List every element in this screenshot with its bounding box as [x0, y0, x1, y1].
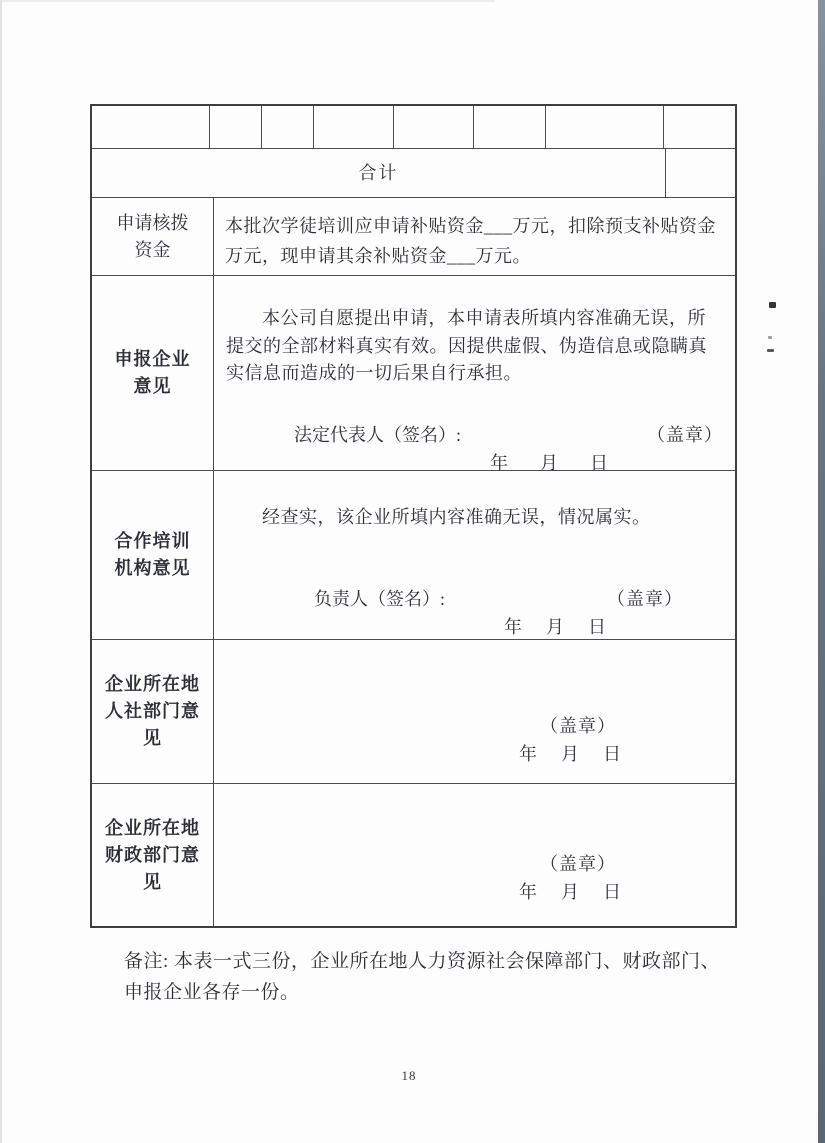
scan-artifact-dot	[768, 336, 772, 339]
hr-dept-opinion-label: 企业所在地 人社部门意 见	[92, 640, 214, 783]
empty-cell	[314, 106, 394, 148]
date-placeholder: 年 月 日	[519, 878, 735, 906]
form-footnote: 备注: 本表一式三份，企业所在地人力资源社会保障部门、财政部门、 申报企业各存一…	[124, 946, 764, 1008]
date-placeholder: 年 月 日	[504, 613, 735, 641]
legal-representative-signature-label: 法定代表人（签名）:	[294, 421, 461, 449]
seal-placeholder: （盖章）	[540, 712, 735, 740]
scanned-form-page: 合计 申请核拨 资金 本批次学徒培训应申请补贴资金___万元，扣除预支补贴资金 …	[0, 0, 825, 1143]
finance-dept-opinion-row: 企业所在地 财政部门意 见 （盖章） 年 月 日	[92, 783, 735, 926]
enterprise-opinion-row: 申报企业 意见 本公司自愿提出申请，本申请表所填内容准确无误，所 提交的全部材料…	[92, 275, 735, 470]
finance-dept-opinion-content: （盖章） 年 月 日	[214, 784, 735, 926]
total-label: 合计	[92, 149, 666, 197]
requested-funds-label: 申请核拨 资金	[92, 198, 214, 275]
scan-edge-right-band	[818, 0, 825, 1143]
enterprise-opinion-content: 本公司自愿提出申请，本申请表所填内容准确无误，所 提交的全部材料真实有效。因提供…	[214, 276, 735, 470]
enterprise-opinion-label: 申报企业 意见	[92, 276, 214, 470]
scan-artifact-dot	[769, 302, 776, 308]
seal-placeholder: （盖章）	[647, 421, 723, 449]
scan-edge-top	[0, 0, 495, 2]
hr-dept-opinion-content: （盖章） 年 月 日	[214, 640, 735, 783]
training-org-opinion-row: 合作培训 机构意见 经查实，该企业所填内容准确无误，情况属实。 负责人（签名）:…	[92, 470, 735, 639]
empty-cell	[474, 106, 546, 148]
requested-funds-content: 本批次学徒培训应申请补贴资金___万元，扣除预支补贴资金 万元，现申请其余补贴资…	[214, 198, 735, 275]
application-form-table: 合计 申请核拨 资金 本批次学徒培训应申请补贴资金___万元，扣除预支补贴资金 …	[90, 104, 737, 928]
total-value-cell	[666, 149, 735, 197]
hr-dept-opinion-row: 企业所在地 人社部门意 见 （盖章） 年 月 日	[92, 639, 735, 783]
empty-cell	[210, 106, 262, 148]
scan-edge-left	[0, 0, 2, 1143]
training-org-verification-text: 经查实，该企业所填内容准确无误，情况属实。	[226, 504, 725, 532]
date-placeholder: 年 月 日	[519, 740, 735, 768]
requested-funds-text: 本批次学徒培训应申请补贴资金___万元，扣除预支补贴资金 万元，现申请其余补贴资…	[214, 198, 735, 271]
empty-cell	[262, 106, 314, 148]
page-number: 18	[0, 1068, 818, 1084]
requested-funds-row: 申请核拨 资金 本批次学徒培训应申请补贴资金___万元，扣除预支补贴资金 万元，…	[92, 197, 735, 275]
seal-placeholder: （盖章）	[607, 585, 683, 613]
empty-cell	[394, 106, 474, 148]
empty-cell	[92, 106, 210, 148]
empty-cell	[546, 106, 664, 148]
finance-dept-opinion-label: 企业所在地 财政部门意 见	[92, 784, 214, 926]
empty-header-row	[92, 106, 735, 148]
responsible-person-signature-label: 负责人（签名）:	[314, 585, 445, 613]
empty-cell	[664, 106, 735, 148]
training-org-opinion-content: 经查实，该企业所填内容准确无误，情况属实。 负责人（签名）: （盖章） 年 月 …	[214, 471, 735, 639]
scan-artifact-dot	[767, 349, 774, 352]
training-org-opinion-label: 合作培训 机构意见	[92, 471, 214, 639]
total-row: 合计	[92, 148, 735, 197]
seal-placeholder: （盖章）	[540, 850, 735, 878]
enterprise-declaration-text: 本公司自愿提出申请，本申请表所填内容准确无误，所 提交的全部材料真实有效。因提供…	[226, 305, 725, 388]
